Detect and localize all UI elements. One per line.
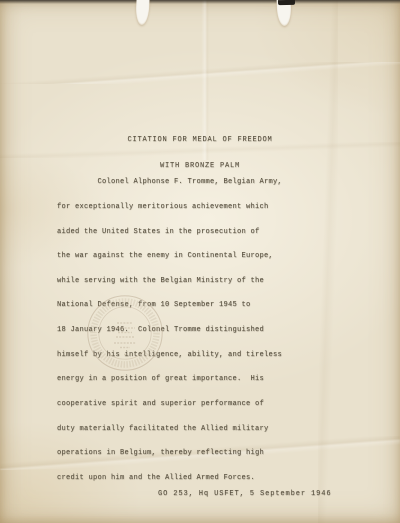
crease-line <box>0 62 400 84</box>
title-line-1: CITATION FOR MEDAL OF FREEDOM <box>0 136 400 145</box>
typed-line: while serving with the Belgian Ministry … <box>57 277 377 285</box>
typed-line: duty materially facilitated the Allied m… <box>57 425 377 433</box>
typed-line: for exceptionally meritorious achievemen… <box>57 203 377 211</box>
typed-line: the war against the enemy in Continental… <box>57 252 377 260</box>
scan-top-edge <box>0 0 400 4</box>
paper-tear <box>135 0 150 25</box>
typed-line: aided the United States in the prosecuti… <box>57 228 377 236</box>
typed-line: operations in Belgium, thereby reflectin… <box>57 449 377 457</box>
typed-line: energy in a position of great importance… <box>57 375 377 383</box>
seal-graphic <box>85 293 165 373</box>
typed-line: credit upon him and the Allied Armed For… <box>57 474 377 482</box>
typed-line: Colonel Alphonse F. Tromme, Belgian Army… <box>57 178 377 186</box>
document-scan: CITATION FOR MEDAL OF FREEDOM WITH BRONZ… <box>0 0 400 523</box>
order-reference: GO 253, Hq USFET, 5 September 1946 <box>158 490 331 499</box>
paper-sheet: CITATION FOR MEDAL OF FREEDOM WITH BRONZ… <box>0 0 400 523</box>
typed-line: cooperative spirit and superior performa… <box>57 400 377 408</box>
embossed-seal-icon <box>85 293 165 373</box>
scan-edge-mark <box>278 0 295 5</box>
